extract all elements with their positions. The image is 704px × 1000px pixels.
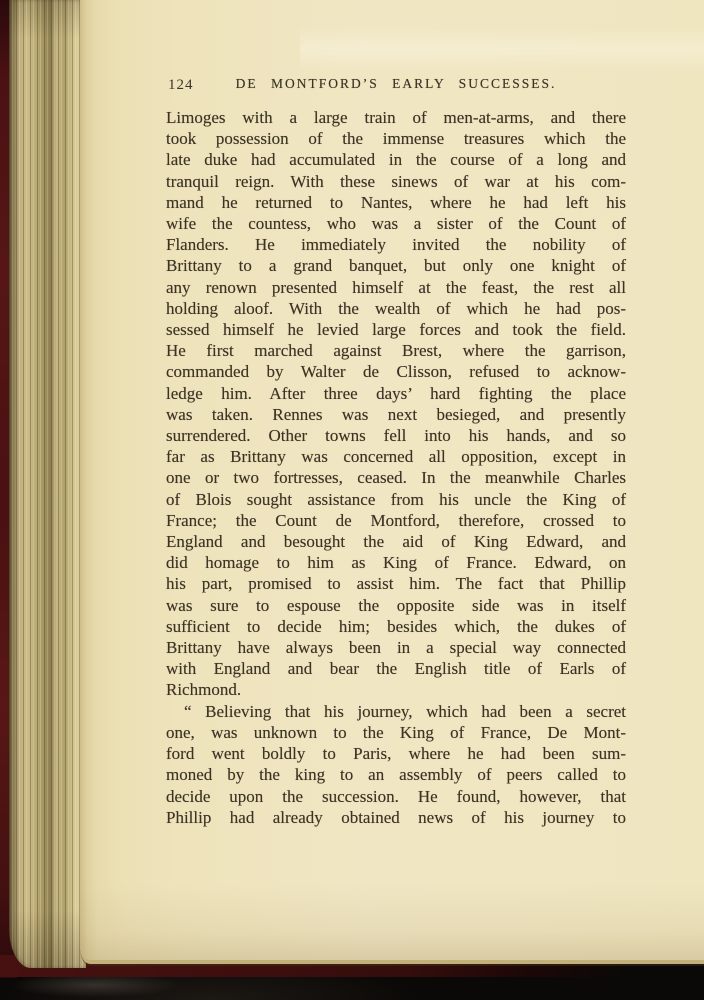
text-line: holding aloof. With the wealth of which … bbox=[166, 298, 626, 319]
text-line: sufficient to decide him; besides which,… bbox=[166, 616, 626, 637]
text-line: “ Believing that his journey, which had … bbox=[166, 701, 626, 722]
text-line: He first marched against Brest, where th… bbox=[166, 340, 626, 361]
text-line: was taken. Rennes was next besieged, and… bbox=[166, 404, 626, 425]
text-line: did homage to him as King of France. Edw… bbox=[166, 552, 626, 573]
text-line: took possession of the immense treasures… bbox=[166, 128, 626, 149]
text-line: late duke had accumulated in the course … bbox=[166, 149, 626, 170]
text-line: mand he returned to Nantes, where he had… bbox=[166, 192, 626, 213]
page-header: 124 DE MONTFORD’S EARLY SUCCESSES. bbox=[166, 76, 626, 96]
text-line: Limoges with a large train of men-at-arm… bbox=[166, 107, 626, 128]
text-line: wife the countess, who was a sister of t… bbox=[166, 213, 626, 234]
text-line: decide upon the succession. He found, ho… bbox=[166, 786, 626, 807]
text-line: tranquil reign. With these sinews of war… bbox=[166, 171, 626, 192]
text-line: Richmond. bbox=[166, 679, 626, 700]
text-line: far as Brittany was concerned all opposi… bbox=[166, 446, 626, 467]
book-photo: 124 DE MONTFORD’S EARLY SUCCESSES. Limog… bbox=[0, 0, 704, 1000]
text-line: commanded by Walter de Clisson, refused … bbox=[166, 361, 626, 382]
text-line: England and besought the aid of King Edw… bbox=[166, 531, 626, 552]
text-line: one or two fortresses, ceased. In the me… bbox=[166, 467, 626, 488]
text-line: Brittany to a grand banquet, but only on… bbox=[166, 255, 626, 276]
text-line: Phillip had already obtained news of his… bbox=[166, 807, 626, 828]
book-page: 124 DE MONTFORD’S EARLY SUCCESSES. Limog… bbox=[80, 0, 704, 964]
text-line: Flanders. He immediately invited the nob… bbox=[166, 234, 626, 255]
text-line: moned by the king to an assembly of peer… bbox=[166, 764, 626, 785]
text-line: was sure to espouse the opposite side wa… bbox=[166, 595, 626, 616]
text-line: Brittany have always been in a special w… bbox=[166, 637, 626, 658]
text-line: one, was unknown to the King of France, … bbox=[166, 722, 626, 743]
page-number: 124 bbox=[168, 77, 194, 94]
text-block: Limoges with a large train of men-at-arm… bbox=[166, 107, 626, 828]
text-line: of Blois sought assistance from his uncl… bbox=[166, 489, 626, 510]
text-line: sessed himself he levied large forces an… bbox=[166, 319, 626, 340]
page-edge-stack bbox=[9, 0, 86, 968]
text-line: any renown presented himself at the feas… bbox=[166, 277, 626, 298]
text-line: France; the Count de Montford, therefore… bbox=[166, 510, 626, 531]
text-line: ledge him. After three days’ hard fighti… bbox=[166, 383, 626, 404]
running-header: DE MONTFORD’S EARLY SUCCESSES. bbox=[166, 76, 626, 92]
text-line: ford went boldly to Paris, where he had … bbox=[166, 743, 626, 764]
scan-artifact bbox=[300, 26, 704, 72]
text-line: his part, promised to assist him. The fa… bbox=[166, 573, 626, 594]
text-line: with England and bear the English title … bbox=[166, 658, 626, 679]
text-line: surrendered. Other towns fell into his h… bbox=[166, 425, 626, 446]
